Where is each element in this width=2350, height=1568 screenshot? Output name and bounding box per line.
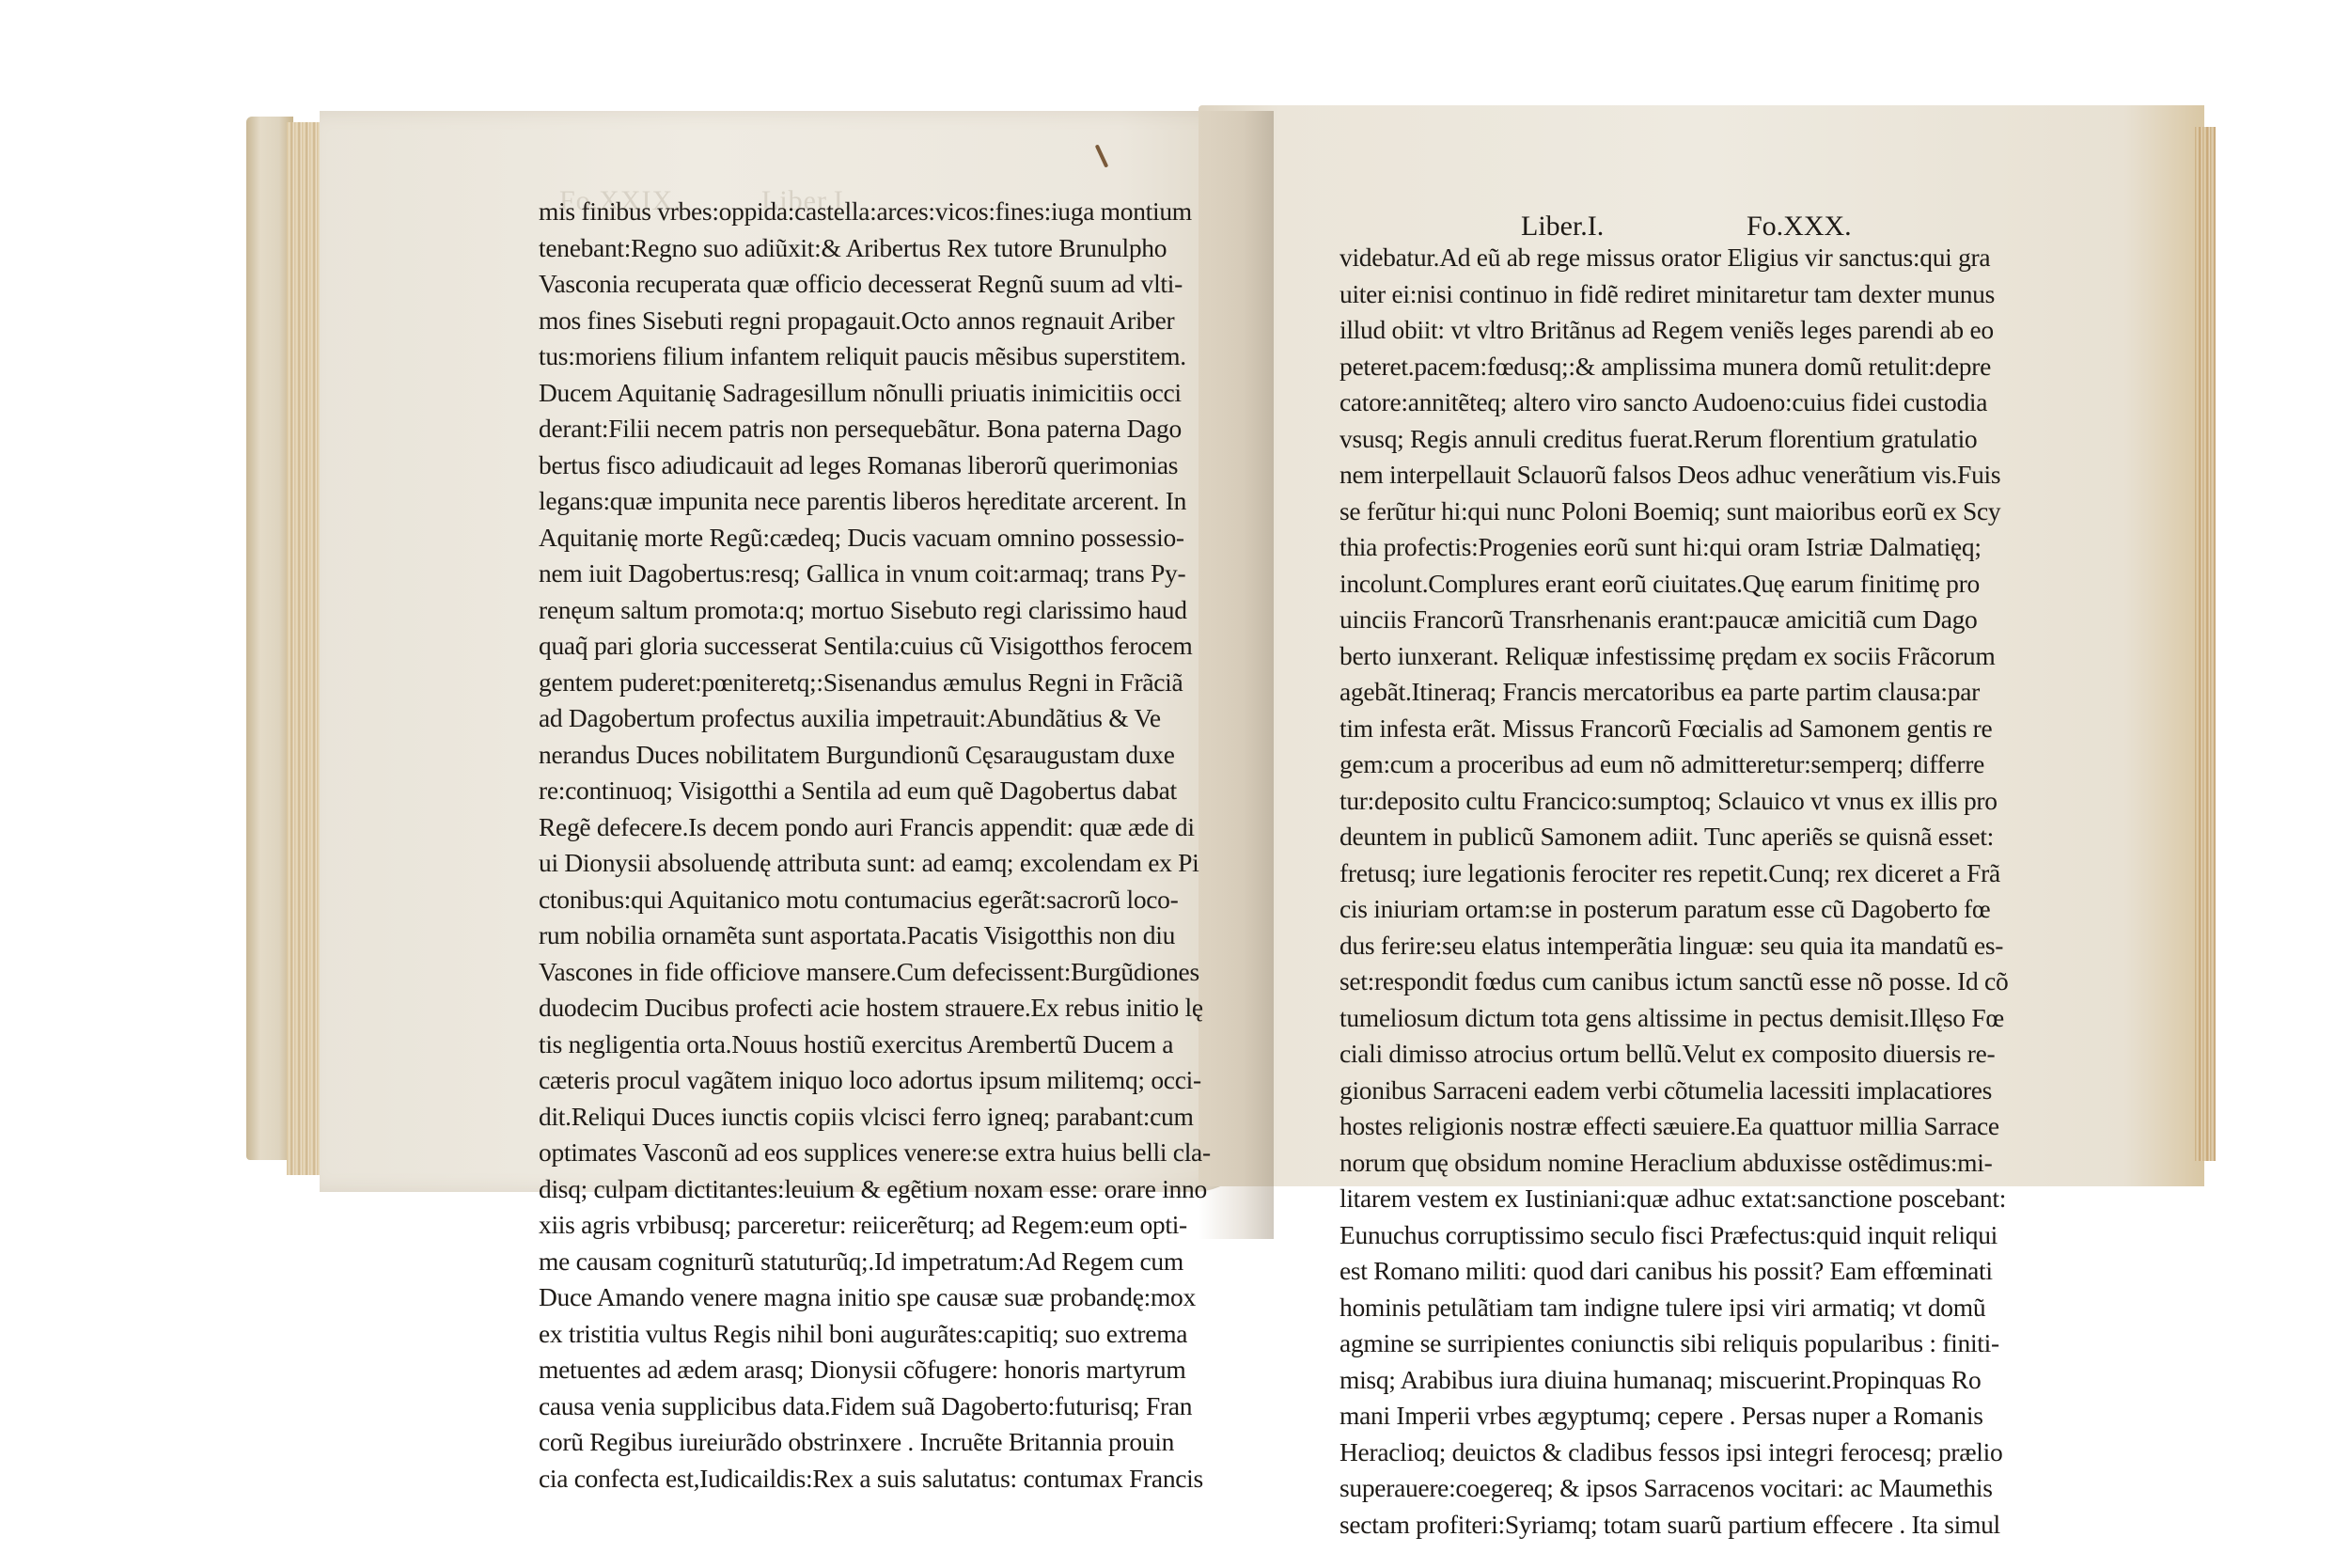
text-line: ex tristitia vultus Regis nihil boni aug… (539, 1316, 1121, 1353)
text-line: metuentes ad ædem arasq; Dionysii cõfuge… (539, 1352, 1121, 1388)
text-line: xiis agris vrbibusq; parceretur: reiicer… (539, 1207, 1121, 1244)
text-line: cis iniuriam ortam:se in posterum paratu… (1339, 891, 1913, 928)
text-line: Duce Amando venere magna initio spe caus… (539, 1279, 1121, 1316)
text-line: norum quę obsidum nomine Heraclium abdux… (1339, 1145, 1913, 1182)
right-page-stack (2195, 127, 2216, 1161)
text-line: ui Dionysii absoluendę attributa sunt: a… (539, 845, 1121, 882)
text-line: cia confecta est,Iudicaildis:Rex a suis … (539, 1461, 1121, 1497)
text-line: Aquitanię morte Regũ:cædeq; Ducis vacuam… (539, 520, 1121, 557)
text-line: disq; culpam dictitantes:leuium & egẽtiu… (539, 1171, 1121, 1208)
text-line: dit.Reliqui Duces iunctis copiis vlcisci… (539, 1099, 1121, 1136)
text-line: nem iuit Dagobertus:resq; Gallica in vnu… (539, 556, 1121, 592)
text-line: illud obiit: vt vltro Britãnus ad Regem … (1339, 312, 1913, 349)
right-page-text: videbatur.Ad eũ ab rege missus orator El… (1339, 240, 1913, 1543)
text-line: optimates Vasconũ ad eos supplices vener… (539, 1135, 1121, 1171)
text-line: ctonibus:qui Aquitanico motu contumacius… (539, 882, 1121, 918)
text-line: gentem puderet:pœniteretq;:Sisenandus æm… (539, 665, 1121, 701)
text-line: causa venia supplicibus data.Fidem suã D… (539, 1388, 1121, 1425)
text-line: legans:quæ impunita nece parentis libero… (539, 483, 1121, 520)
text-line: me causam cogniturũ statuturũq;.Id impet… (539, 1244, 1121, 1280)
open-book: Fo.XXIX. Liber.I. mis finibus vrbes:oppi… (0, 0, 2350, 1568)
text-line: superauere:coegereq; & ipsos Sarracenos … (1339, 1470, 1913, 1507)
text-line: berto iunxerant. Reliquæ infestissimę pr… (1339, 638, 1913, 675)
text-line: ad Dagobertum profectus auxilia impetrau… (539, 700, 1121, 737)
text-line: videbatur.Ad eũ ab rege missus orator El… (1339, 240, 1913, 276)
text-line: Eunuchus corruptissimo seculo fisci Præf… (1339, 1217, 1913, 1254)
text-line: cæteris procul vagãtem iniquo loco adort… (539, 1062, 1121, 1099)
text-line: litarem vestem ex Iustiniani:quæ adhuc e… (1339, 1181, 1913, 1217)
text-line: Regẽ defecere.Is decem pondo auri Franci… (539, 809, 1121, 846)
text-line: tenebant:Regno suo adiũxit:& Aribertus R… (539, 230, 1121, 267)
text-line: tus:moriens filium infantem reliquit pau… (539, 338, 1121, 375)
text-line: rum nobilia ornamẽta sunt asportata.Paca… (539, 917, 1121, 954)
text-line: tur:deposito cultu Francico:sumptoq; Scl… (1339, 783, 1913, 820)
running-head-liber: Liber.I. (1521, 211, 1604, 243)
text-line: peteret.pacem:fœdusq;:& amplissima muner… (1339, 349, 1913, 385)
text-line: tumeliosum dictum tota gens altissime in… (1339, 1000, 1913, 1037)
text-line: agmine se surripientes coniunctis sibi r… (1339, 1325, 1913, 1362)
text-line: nerandus Duces nobilitatem Burgundionũ C… (539, 737, 1121, 774)
text-line: dus ferire:seu elatus intemperãtia lingu… (1339, 928, 1913, 964)
text-line: uiter ei:nisi continuo in fidẽ rediret m… (1339, 276, 1913, 313)
text-line: Vascones in fide officiove mansere.Cum d… (539, 954, 1121, 991)
text-line: mani Imperii vrbes ægyptumq; cepere . Pe… (1339, 1398, 1913, 1435)
text-line: sectam profiteri:Syriamq; totam suarũ pa… (1339, 1507, 1913, 1544)
text-line: agebãt.Itineraq; Francis mercatoribus ea… (1339, 674, 1913, 711)
text-line: renęum saltum promota:q; mortuo Sisebuto… (539, 592, 1121, 629)
left-page-text: mis finibus vrbes:oppida:castella:arces:… (539, 194, 1121, 1497)
text-line: misq; Arabibus iura diuina humanaq; misc… (1339, 1362, 1913, 1399)
left-page-stack (287, 122, 324, 1175)
text-line: Ducem Aquitanię Sadragesillum nõnulli pr… (539, 375, 1121, 412)
text-line: re:continuoq; Visigotthi a Sentila ad eu… (539, 773, 1121, 809)
text-line: se ferũtur hi:qui nunc Poloni Boemiq; su… (1339, 494, 1913, 530)
text-line: Vasconia recuperata quæ officio decesser… (539, 266, 1121, 303)
text-line: deuntem in publicũ Samonem adiit. Tunc a… (1339, 819, 1913, 855)
text-line: ciali dimisso atrocius ortum bellũ.Velut… (1339, 1036, 1913, 1073)
text-line: mos fines Sisebuti regni propagauit.Octo… (539, 303, 1121, 339)
text-line: catore:annitẽteq; altero viro sancto Aud… (1339, 384, 1913, 421)
text-line: duodecim Ducibus profecti acie hostem st… (539, 990, 1121, 1027)
text-line: corũ Regibus iureiurãdo obstrinxere . In… (539, 1424, 1121, 1461)
text-line: est Romano militi: quod dari canibus his… (1339, 1253, 1913, 1290)
text-line: uinciis Francorũ Transrhenanis erant:pau… (1339, 602, 1913, 638)
text-line: tim infesta erãt. Missus Francorũ Fœcial… (1339, 711, 1913, 747)
text-line: gem:cum a proceribus ad eum nõ admittere… (1339, 746, 1913, 783)
text-line: bertus fisco adiudicauit ad leges Romana… (539, 447, 1121, 484)
text-line: tis negligentia orta.Nouus hostiũ exerci… (539, 1027, 1121, 1063)
text-line: derant:Filii necem patris non persequebã… (539, 411, 1121, 447)
text-line: thia profectis:Progenies eorũ sunt hi:qu… (1339, 529, 1913, 566)
text-line: gionibus Sarraceni eadem verbi cõtumelia… (1339, 1073, 1913, 1109)
text-line: set:respondit fœdus cum canibus ictum sa… (1339, 964, 1913, 1000)
text-line: quaq̃ pari gloria successerat Sentila:cu… (539, 628, 1121, 665)
text-line: hominis petulãtiam tam indigne tulere ip… (1339, 1290, 1913, 1326)
text-line: vsusq; Regis annuli creditus fuerat.Reru… (1339, 421, 1913, 458)
text-line: hostes religionis nostræ effecti sæuiere… (1339, 1108, 1913, 1145)
text-line: mis finibus vrbes:oppida:castella:arces:… (539, 194, 1121, 230)
text-line: fretusq; iure legationis ferociter res r… (1339, 855, 1913, 892)
text-line: nem interpellauit Sclauorũ falsos Deos a… (1339, 457, 1913, 494)
text-line: incolunt.Complures erant eorũ ciuitates.… (1339, 566, 1913, 603)
text-line: Heraclioq; deuictos & cladibus fessos ip… (1339, 1435, 1913, 1471)
folio-number: Fo.XXX. (1747, 211, 1852, 243)
